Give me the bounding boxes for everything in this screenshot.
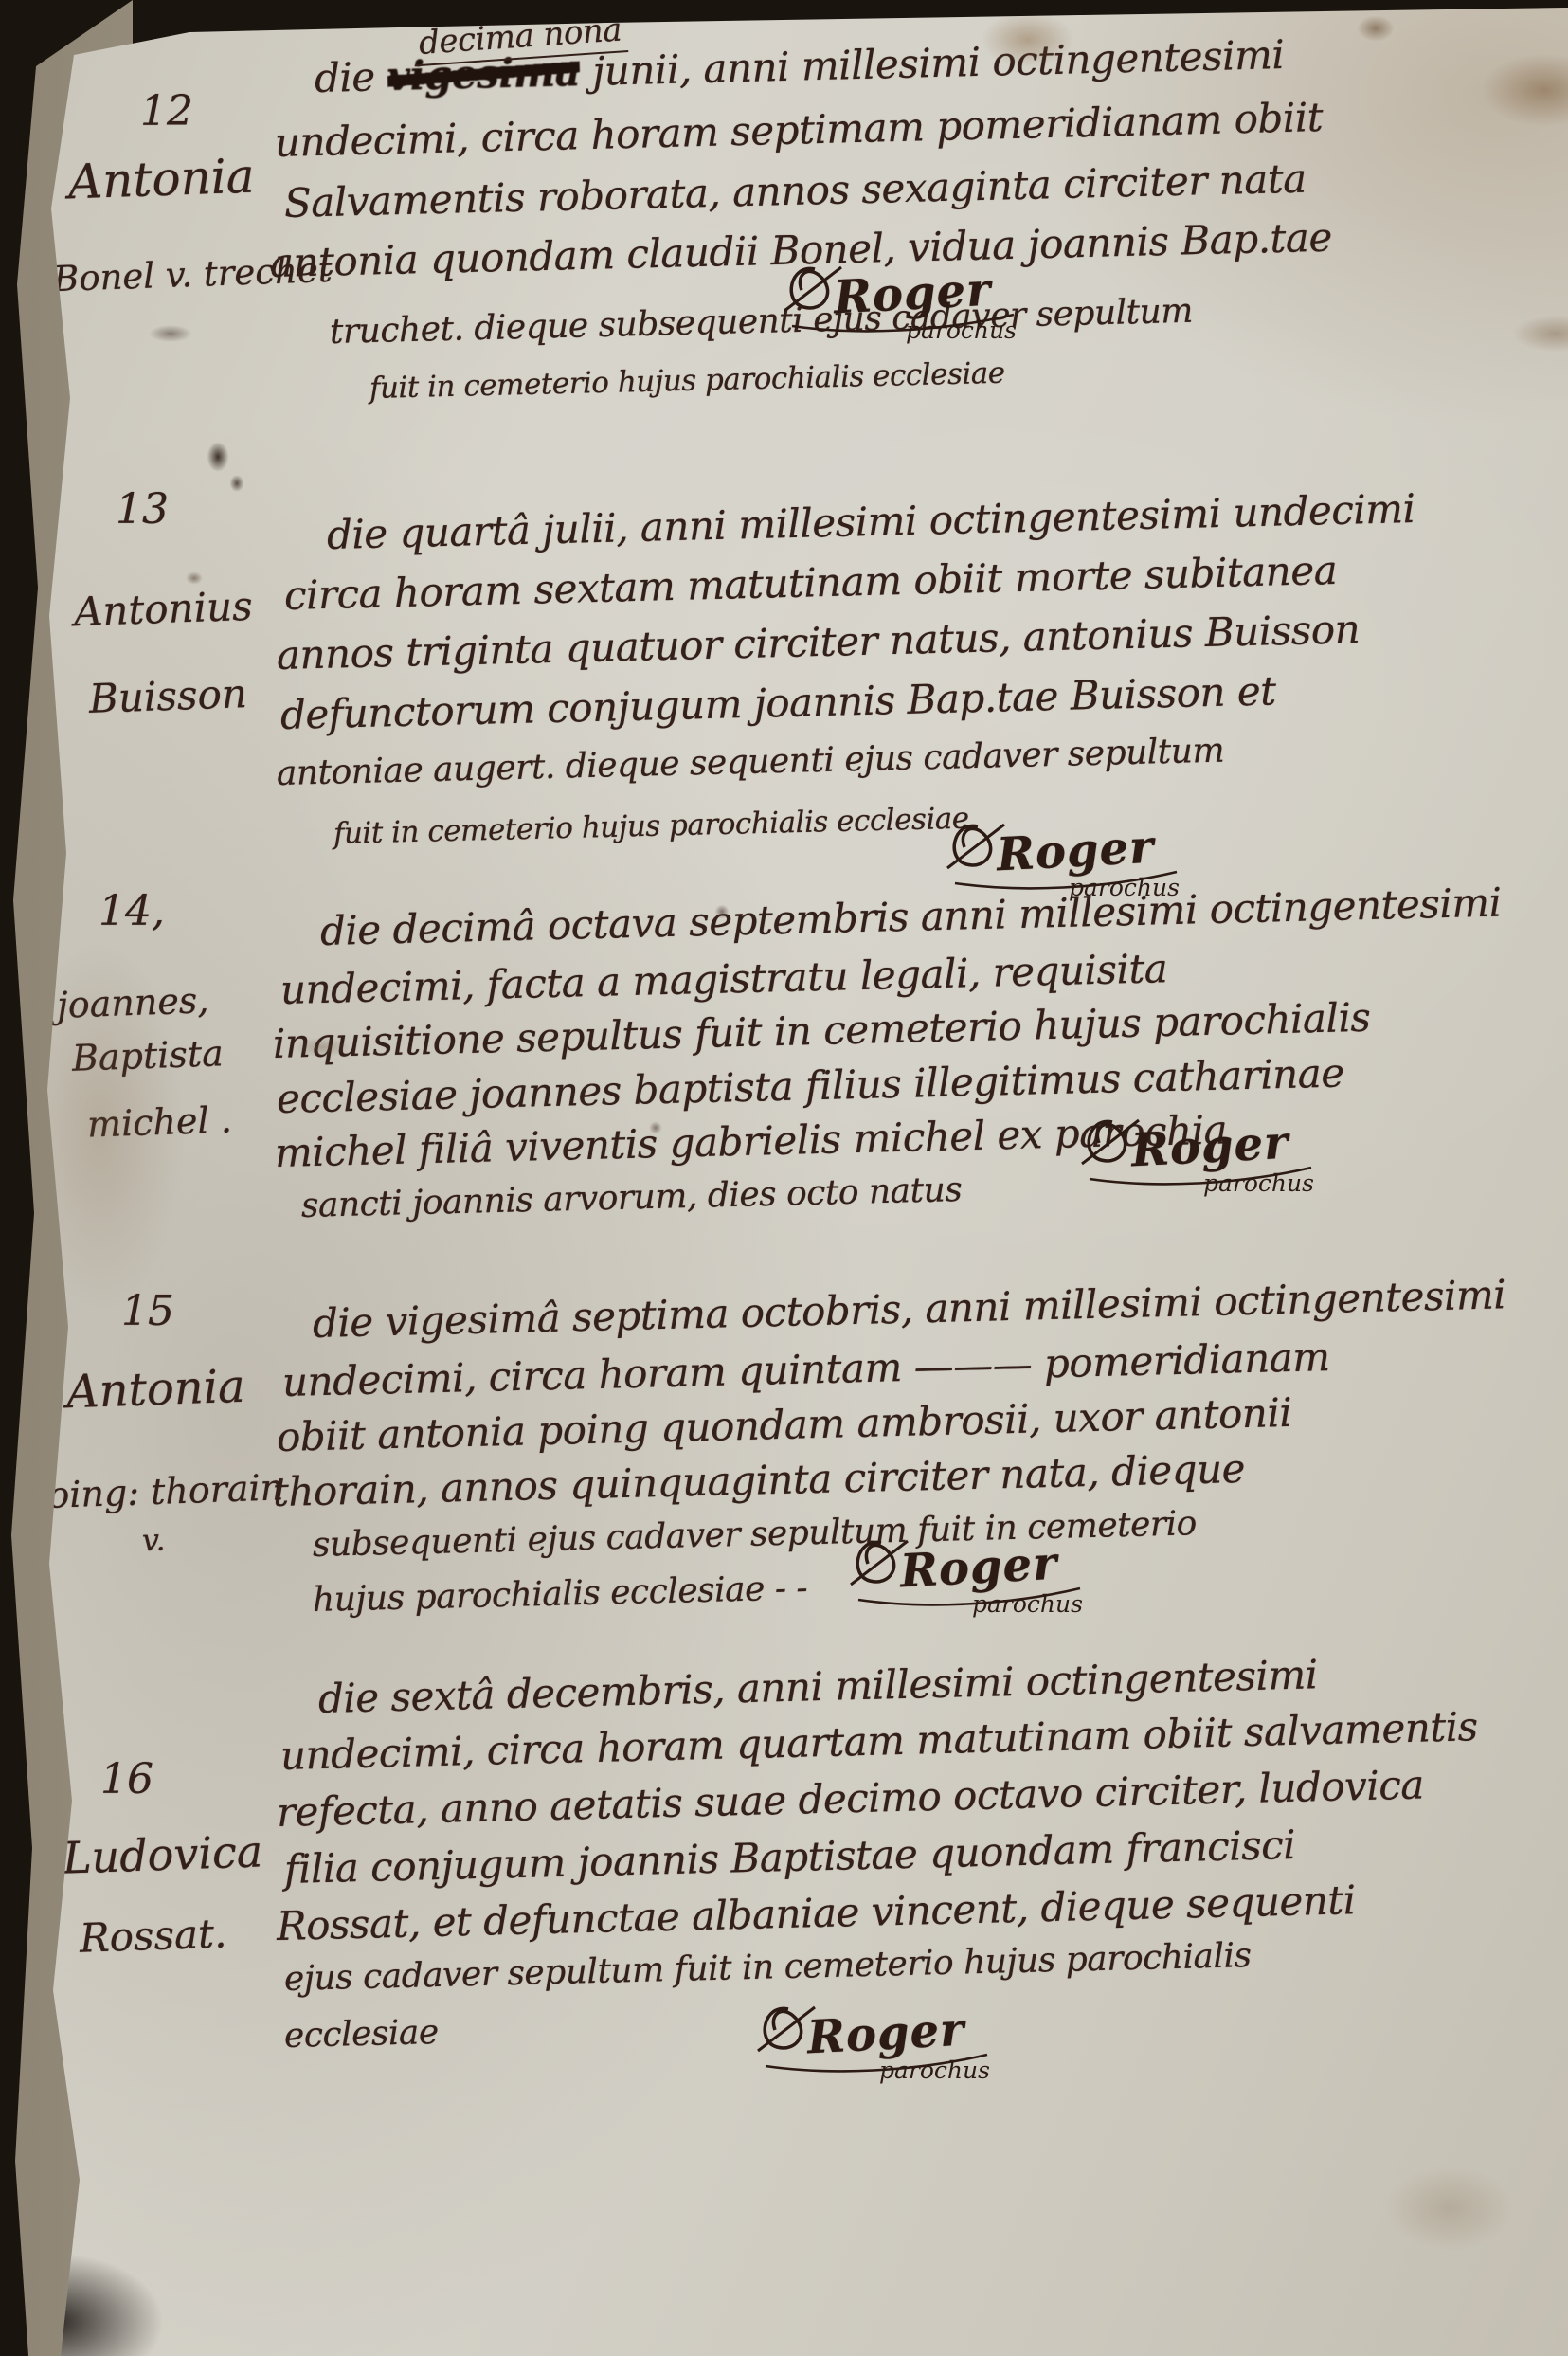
signature-title: parochus bbox=[906, 317, 1017, 344]
record-line: fuit in cemeterio hujus parochialis eccl… bbox=[333, 802, 969, 851]
margin-name: Antonia bbox=[65, 1360, 245, 1420]
record-line: antoniae augert. dieque sequenti ejus ca… bbox=[276, 732, 1224, 793]
entry-number: 13 bbox=[116, 485, 169, 534]
signature-title: parochus bbox=[1203, 1169, 1314, 1197]
record-line: ecclesiae bbox=[283, 2013, 439, 2056]
register-page: 12 Antonia Bonel v. trechet dievigesimaj… bbox=[0, 0, 1568, 2356]
paper-leaf: 12 Antonia Bonel v. trechet dievigesimaj… bbox=[0, 0, 1568, 2356]
margin-name: michel . bbox=[86, 1098, 232, 1145]
record-line: undecimi, circa horam septimam pomeridia… bbox=[274, 94, 1323, 166]
entry-number: 15 bbox=[121, 1287, 174, 1335]
margin-name: joannes, bbox=[56, 979, 209, 1026]
signature-title: parochus bbox=[879, 2057, 990, 2084]
signature-title: parochus bbox=[972, 1590, 1083, 1618]
margin-name: poing: thorain bbox=[24, 1466, 283, 1517]
entry-number: 12 bbox=[140, 87, 193, 136]
record-line: dievigesimajunii, anni millesimi octinge… bbox=[314, 31, 1284, 101]
margin-name: Antonius bbox=[73, 583, 253, 636]
margin-name: Buisson bbox=[88, 670, 247, 722]
margin-name: Antonia bbox=[67, 149, 255, 210]
line1-rest: junii, anni millesimi octingentesimi bbox=[592, 31, 1285, 95]
record-line: die decimâ octava septembris anni milles… bbox=[319, 879, 1502, 954]
signature: Roger parochus bbox=[851, 1541, 1135, 1626]
record-line: defunctorum conjugum joannis Bap.tae Bui… bbox=[279, 667, 1276, 738]
record-line: die quartâ julii, anni millesimi octinge… bbox=[326, 485, 1415, 558]
record-line: circa horam sextam matutinam obiit morte… bbox=[283, 547, 1337, 619]
record-line: Salvamentis roborata, annos sexaginta ci… bbox=[283, 155, 1307, 227]
record-line: sancti joannis arvorum, dies octo natus bbox=[300, 1170, 962, 1225]
record-line: hujus parochialis ecclesiae - - bbox=[312, 1568, 807, 1620]
line1-prefix: die bbox=[314, 53, 375, 101]
record-line: annos triginta quatuor circiter natus, a… bbox=[276, 606, 1360, 679]
entry-number: 14, bbox=[99, 887, 165, 935]
margin-name: Rossat. bbox=[79, 1910, 227, 1961]
margin-name: Ludovica bbox=[62, 1825, 263, 1883]
signature: Roger parochus bbox=[1082, 1120, 1366, 1205]
entry-number: 16 bbox=[100, 1755, 153, 1803]
margin-name: v. bbox=[141, 1522, 166, 1559]
margin-name: Baptista bbox=[71, 1032, 224, 1079]
signature: Roger parochus bbox=[784, 267, 1069, 353]
record-line: fuit in cemeterio hujus parochialis eccl… bbox=[369, 356, 1005, 406]
signature: Roger parochus bbox=[758, 2007, 1042, 2093]
